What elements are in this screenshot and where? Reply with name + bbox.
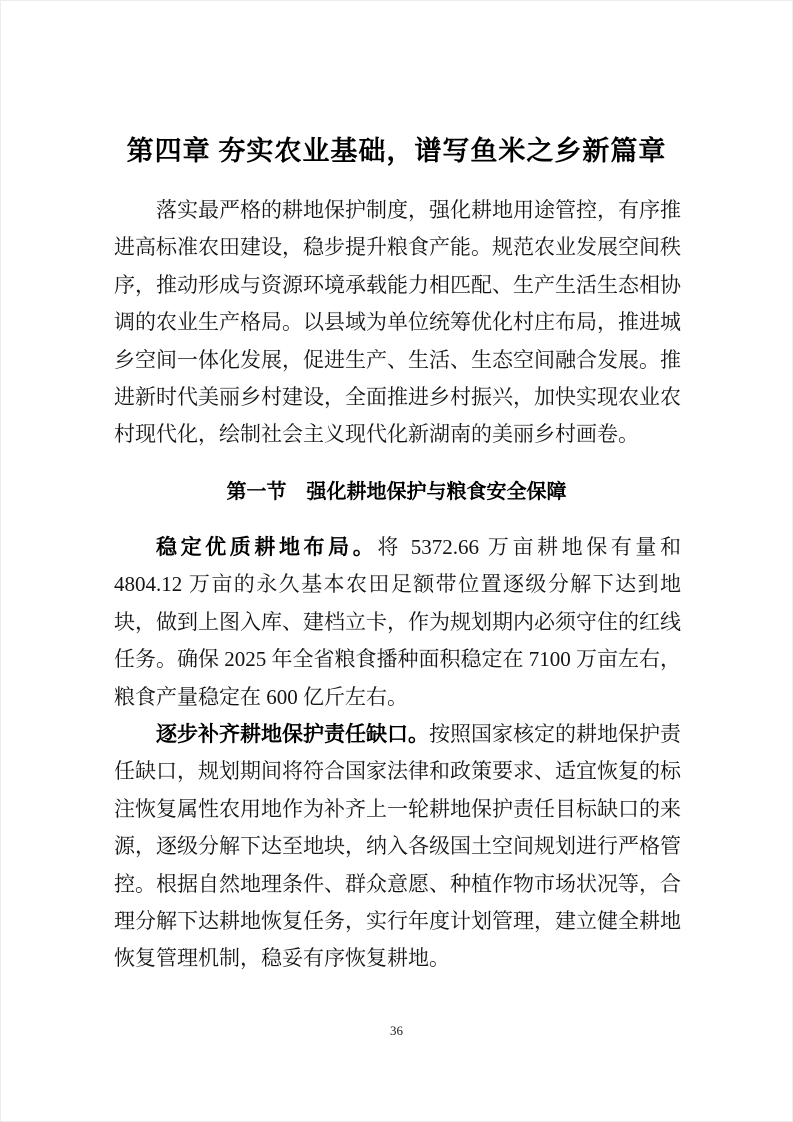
chapter-title: 第四章 夯实农业基础，谱写鱼米之乡新篇章 [1,129,792,168]
document-page: 第四章 夯实农业基础，谱写鱼米之乡新篇章 落实最严格的耕地保护制度，强化耕地用途… [0,0,793,1122]
section-heading: 第一节 强化耕地保护与粮食安全保障 [1,475,792,504]
paragraph-text-stabilize-farmland: 将 5372.66 万亩耕地保有量和 4804.12 万亩的永久基本农田足额带位… [114,535,681,709]
paragraph-fill-protection-gap: 逐步补齐耕地保护责任缺口。按照国家核定的耕地保护责任缺口，规划期间将符合国家法律… [114,716,681,978]
paragraph-lead-fill-protection-gap: 逐步补齐耕地保护责任缺口。 [156,723,429,746]
paragraph-intro: 落实最严格的耕地保护制度，强化耕地用途管控，有序推进高标准农田建设，稳步提升粮食… [114,192,681,454]
page-number: 36 [1,1023,792,1039]
paragraph-lead-stabilize-farmland: 稳定优质耕地布局。 [156,536,377,559]
section-body: 稳定优质耕地布局。将 5372.66 万亩耕地保有量和 4804.12 万亩的永… [114,529,681,978]
paragraph-text-fill-protection-gap: 按照国家核定的耕地保护责任缺口，规划期间将符合国家法律和政策要求、适宜恢复的标注… [114,722,681,970]
paragraph-stabilize-farmland: 稳定优质耕地布局。将 5372.66 万亩耕地保有量和 4804.12 万亩的永… [114,529,681,716]
